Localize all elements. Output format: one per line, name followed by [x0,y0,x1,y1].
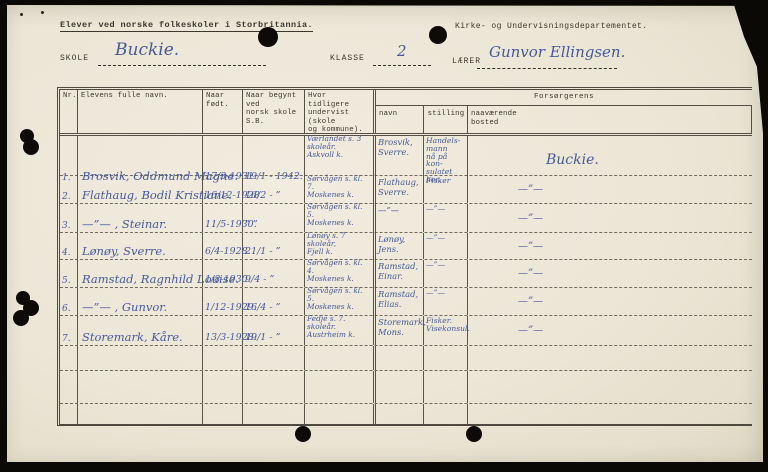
department-title: Kirke- og Undervisningsdepartementet. [455,22,647,31]
cell-born: 16/12-1928. [203,176,243,203]
cell-guardian-name: Lønøy, Jens. [376,233,424,259]
cell-guardian-occupation: Fisker [424,176,468,203]
paper-sheet: Elever ved norske folkeskoler i Storbrit… [7,5,763,462]
cell-guardian-name: —”— [376,204,424,232]
teacher-underline [477,68,617,69]
cell-guardian-name: Storemark, Mons. [376,316,424,345]
cell-guardian-residence: —”— [468,260,752,287]
teacher-label: LÆRER [452,57,481,66]
cell-guardian-residence: —”— [468,176,752,203]
cell-born: 13/3-1928. [203,316,243,345]
col-header-name: Elevens fulle navn. [78,90,203,133]
table-row: 4. Lønøy, Sverre. 6/4-1928. 21/1 - ” Løn… [60,233,752,260]
ink-blob [13,310,29,326]
pupil-register-table: Nr. Elevens fulle navn. Naar født. Naar … [57,87,752,426]
cell-guardian-name: Flathaug, Sverre. [376,176,424,203]
cell-guardian-residence: —”— [468,204,752,232]
table-row: 1. Brosvik, Oddmund Magne. 17/3-1931. 19… [60,136,752,176]
cell-started: 19/1 - ” [243,316,305,345]
cell-guardian-residence: —”— [468,288,752,315]
ink-blob [23,139,39,155]
cell-guardian-name: Ramstad, Elias. [376,288,424,315]
table-header: Nr. Elevens fulle navn. Naar født. Naar … [60,90,752,136]
class-value: 2 [397,42,407,60]
cell-guardian-occupation: —”— [424,288,468,315]
punch-hole [295,426,311,442]
cell-guardian-residence: —”— [468,233,752,259]
punch-hole [466,426,482,442]
cell-name: —”— , Steinar. [78,204,203,232]
empty-table-row [60,346,752,371]
cell-nr: 5. [60,260,78,287]
cell-name: Lønøy, Sverre. [78,233,203,259]
cell-guardian-occupation: —”— [424,233,468,259]
guardian-subheaders: navn stilling naaværende bosted [376,106,752,133]
teacher-value: Gunvor Ellingsen. [489,43,625,61]
punch-hole [258,27,278,47]
cell-previous-school: Sørvågen s. kl. 4. Moskenes k. [305,259,376,287]
cell-previous-school: Lønøy s. 7 skoleår, Fjell k. [305,232,376,259]
empty-table-row [60,404,752,424]
cell-born: 1/12-1929. [203,288,243,315]
cell-started: ” ” [243,204,305,232]
col-header-previous: Hvor tidligere undervist (skole og kommu… [305,90,376,133]
cell-guardian-residence: —”— [468,316,752,345]
col-header-born: Naar født. [203,90,243,133]
cell-nr: 6. [60,288,78,315]
table-row: 3. —”— , Steinar. 11/5-1930. ” ” Sørvåge… [60,204,752,233]
cell-name: Storemark, Kåre. [78,316,203,345]
cell-name: Flathaug, Bodil Kristiane. [78,176,203,203]
cell-started: 21/1 - ” [243,233,305,259]
school-value: Buckie. [115,40,179,60]
cell-guardian-occupation: Fisker. Visekonsul. [424,316,468,345]
cell-started: 9/4 - ” [243,260,305,287]
col-header-started: Naar begynt ved norsk skole S.B. [243,90,305,133]
table-row: 5. Ramstad, Ragnhild Louise. 1/8-1930. 9… [60,260,752,288]
table-row: 6. —”— , Gunvor. 1/12-1929. 16/4 - ” Sør… [60,288,752,316]
cell-born: 11/5-1930. [203,204,243,232]
cell-guardian-occupation: —”— [424,260,468,287]
scanned-document: Elever ved norske folkeskoler i Storbrit… [0,0,768,472]
cell-started: 16/2 - ” [243,176,305,203]
class-underline [373,65,431,66]
cell-previous-school: Sørvågen s. kl. 5. Moskenes k. [305,287,376,315]
school-label: SKOLE [60,54,89,63]
paper-speck [20,13,23,16]
col-header-guardian-group: Forsørgerens [376,90,752,106]
col-header-guardian-residence: naaværende bosted [468,106,752,133]
cell-guardian-occupation: —”— [424,204,468,232]
cell-nr: 7. [60,316,78,345]
col-header-guardian-name: navn [376,106,424,133]
cell-started: 16/4 - ” [243,288,305,315]
cell-guardian-name: Ramstad, Einar. [376,260,424,287]
punch-hole [429,26,447,44]
paper-speck [41,11,44,14]
class-label: KLASSE [330,54,365,63]
col-header-guardian-occupation: stilling [424,106,468,133]
col-group-guardian: Forsørgerens navn stilling naaværende bo… [376,90,752,133]
table-row: 7. Storemark, Kåre. 13/3-1928. 19/1 - ” … [60,316,752,346]
cell-previous-school: Sørvågen s. kl. 7. Moskenes k. [305,175,376,203]
cell-name: —”— , Gunvor. [78,288,203,315]
table-row: 2. Flathaug, Bodil Kristiane. 16/12-1928… [60,176,752,204]
cell-previous-school: Fedje s. 7. skoleår. Austrheim k. [305,315,376,345]
cell-nr: 4. [60,233,78,259]
school-underline [98,65,266,66]
cell-nr: 2. [60,176,78,203]
cell-name: Ramstad, Ragnhild Louise. [78,260,203,287]
cell-previous-school: Sørvågen s. kl. 5. Moskenes k. [305,203,376,232]
empty-table-row [60,371,752,404]
cell-nr: 3. [60,204,78,232]
col-header-nr: Nr. [60,90,78,133]
cell-born: 6/4-1928. [203,233,243,259]
cell-born: 1/8-1930. [203,260,243,287]
